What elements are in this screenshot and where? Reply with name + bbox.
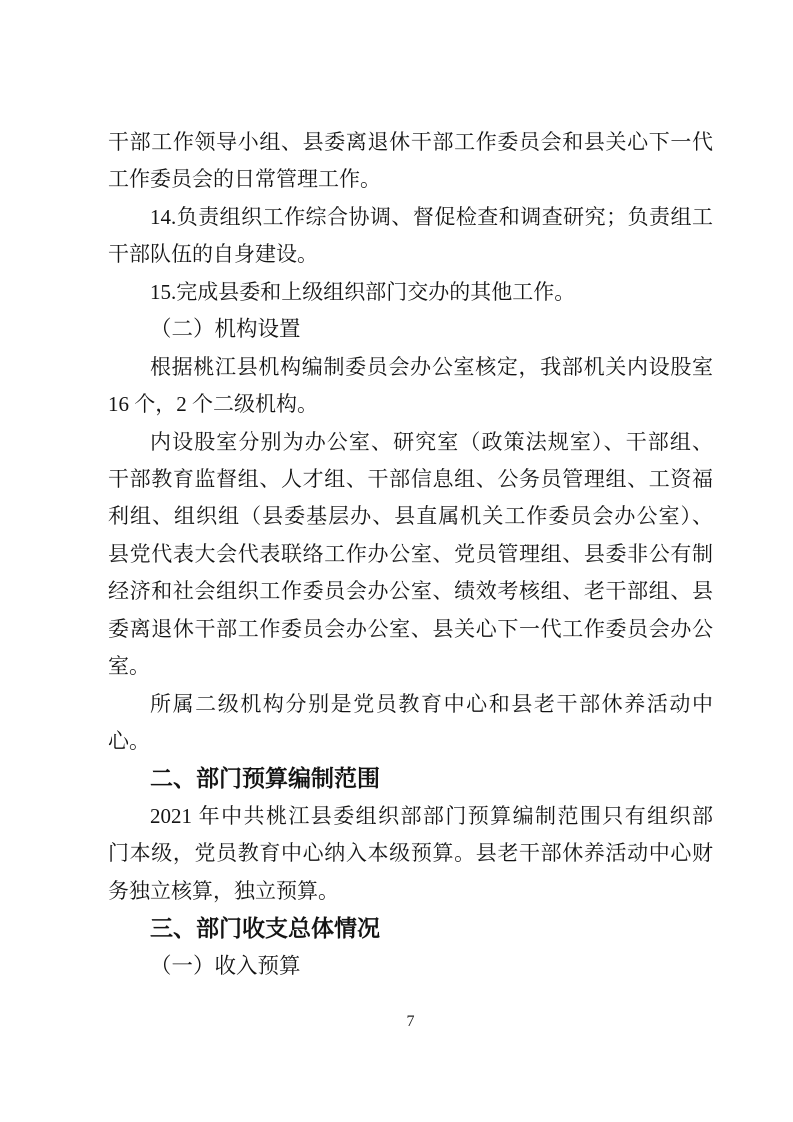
text-line: 干部教育监督组、人才组、干部信息组、公务员管理组、工资福 — [108, 461, 713, 498]
text-line: 14.负责组织工作综合协调、督促检查和调查研究；负责组工 — [108, 199, 713, 236]
text-line: （一）收入预算 — [108, 948, 713, 985]
text-line: 15.完成县委和上级组织部门交办的其他工作。 — [108, 274, 713, 311]
text-line: 二、部门预算编制范围 — [108, 760, 713, 797]
text-line: 所属二级机构分别是党员教育中心和县老干部休养活动中 — [108, 686, 713, 723]
text-line: 利组、组织组（县委基层办、县直属机关工作委员会办公室）、 — [108, 498, 713, 535]
text-line: 根据桃江县机构编制委员会办公室核定，我部机关内设股室 — [108, 349, 713, 386]
page-number: 7 — [108, 1011, 713, 1033]
text-line: 工作委员会的日常管理工作。 — [108, 161, 713, 198]
text-line: 室。 — [108, 648, 713, 685]
text-line: 干部工作领导小组、县委离退休干部工作委员会和县关心下一代 — [108, 124, 713, 161]
text-line: 县党代表大会代表联络工作办公室、党员管理组、县委非公有制 — [108, 536, 713, 573]
text-line: 干部队伍的自身建设。 — [108, 236, 713, 273]
text-line: （二）机构设置 — [108, 311, 713, 348]
text-line: 务独立核算，独立预算。 — [108, 873, 713, 910]
text-line: 委离退休干部工作委员会办公室、县关心下一代工作委员会办公 — [108, 611, 713, 648]
text-line: 三、部门收支总体情况 — [108, 910, 713, 947]
text-line: 心。 — [108, 723, 713, 760]
text-line: 2021 年中共桃江县委组织部部门预算编制范围只有组织部 — [108, 798, 713, 835]
text-line: 内设股室分别为办公室、研究室（政策法规室）、干部组、 — [108, 424, 713, 461]
document-body: 干部工作领导小组、县委离退休干部工作委员会和县关心下一代工作委员会的日常管理工作… — [108, 124, 713, 985]
text-line: 16 个，2 个二级机构。 — [108, 386, 713, 423]
document-page: 干部工作领导小组、县委离退休干部工作委员会和县关心下一代工作委员会的日常管理工作… — [0, 0, 793, 1122]
text-line: 经济和社会组织工作委员会办公室、绩效考核组、老干部组、县 — [108, 573, 713, 610]
text-line: 门本级，党员教育中心纳入本级预算。县老干部休养活动中心财 — [108, 835, 713, 872]
